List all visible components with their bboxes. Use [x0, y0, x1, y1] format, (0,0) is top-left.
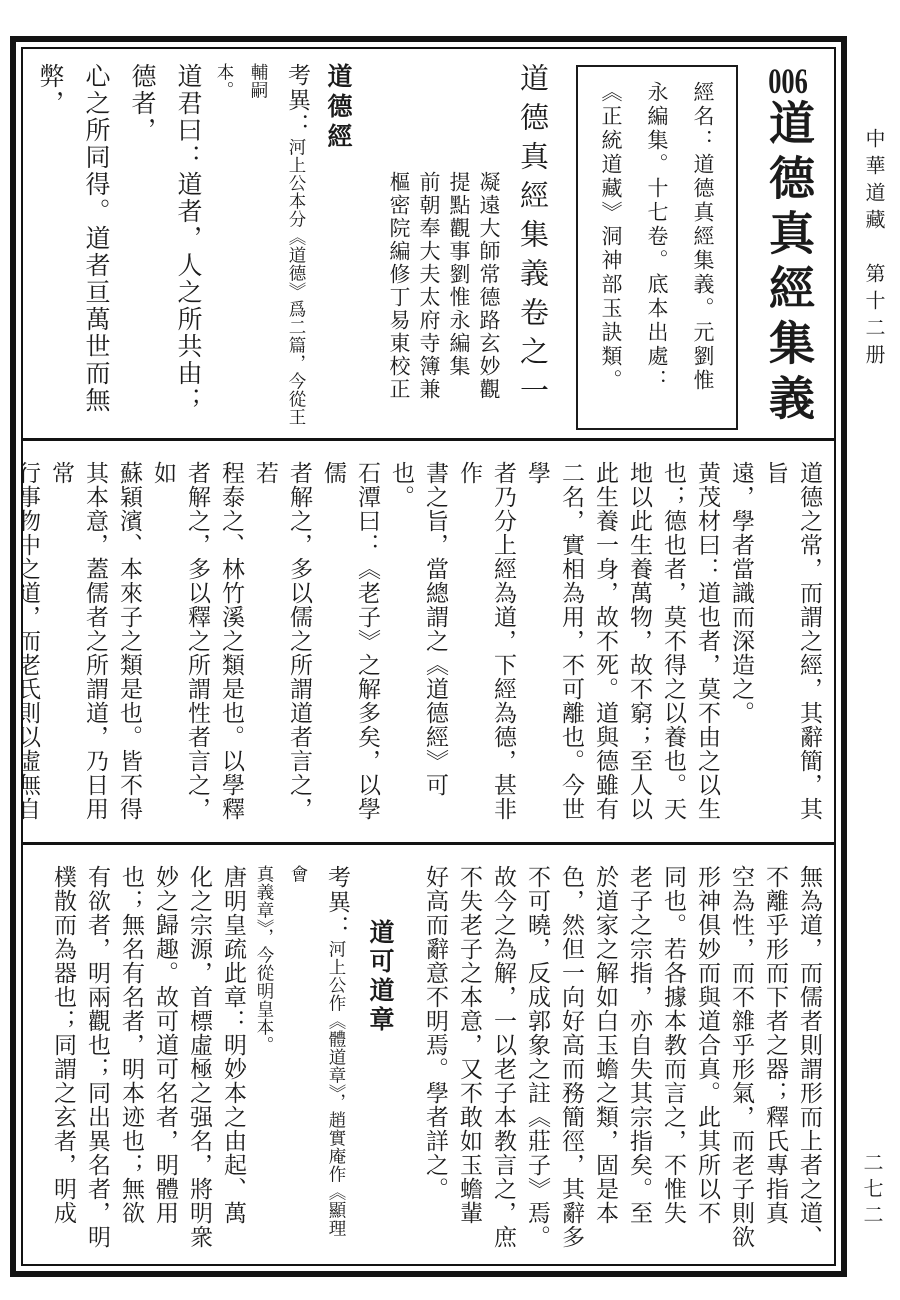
- text-column: 也；德也者，莫不得之以養也。天: [656, 461, 690, 828]
- attribution-block: 凝遠大師常德路玄妙觀提點觀事劉惟永編集前朝奉大夫太府寺簿兼樞密院編修丁易東校正: [384, 63, 504, 428]
- text-column: 無為道，而儒者則謂形而上者之道、: [792, 865, 826, 1250]
- page-border-frame: 006道德真經集義 經名：道德真經集義。元劉惟永編集。十七卷。底本出處：《正統道…: [10, 36, 847, 1277]
- text-column: 故今之為解，一以老子本教言之，庶: [486, 865, 520, 1250]
- text-column: 色，然但一向好高而務簡徑，其辭多: [554, 865, 588, 1250]
- kaoyi-label: 考異：: [325, 865, 350, 940]
- chapter-exegesis-block: 唐明皇疏此章：明妙本之由起、萬化之宗源，首標虛極之强名，將明衆妙之歸趣。故可道可…: [46, 865, 250, 1250]
- text-column: 空為性，而不雜乎形氣，而老子則欲: [724, 865, 758, 1250]
- text-column: 遠，學者當識而深造之。: [724, 461, 758, 828]
- attribution-line: 凝遠大師常德路玄妙觀: [474, 63, 504, 428]
- text-column: 德者充一性而常存。老子當周之: [23, 63, 26, 428]
- text-column: 也；無名有名者，明本迹也；無欲: [114, 865, 148, 1250]
- inner-border-frame: 006道德真經集義 經名：道德真經集義。元劉惟永編集。十七卷。底本出處：《正統道…: [21, 47, 836, 1266]
- text-column: 其本意，蓋儒者之所謂道，乃日用常: [44, 461, 112, 828]
- textual-variant-note-cont: 本。: [210, 63, 240, 428]
- spacer: [358, 63, 384, 428]
- text-column: 行事物中之道，而老氏則以虛無自: [23, 461, 44, 828]
- text-column: 書之旨，當總謂之《道德經》可也。: [384, 461, 452, 828]
- text-column: 黄茂材曰：道也者，莫不由之以生: [690, 461, 724, 828]
- text-column: 道君曰：道者，人之所共由；德者，: [118, 63, 210, 428]
- kaoyi-note-cont: 真義章》，今從明皇本。: [255, 865, 275, 1054]
- book-number: 006: [768, 63, 808, 99]
- text-column: 者乃分上經為道，下經為德，甚非作: [452, 461, 520, 828]
- chapter-title: 道德真經集義卷之一: [504, 63, 560, 428]
- text-column: 於道家之解如白玉蟾之類，固是本: [588, 865, 622, 1250]
- series-label: 中華道藏 第十二册: [859, 128, 888, 371]
- text-column: 二名，實相為用，不可離也。今世學: [520, 461, 588, 828]
- scanned-book-page: 中華道藏 第十二册 二七二 006道德真經集義 經名：道德真經集義。元劉惟永編集…: [0, 0, 900, 1300]
- text-column: 此生養一身，故不死。道與德雖有: [588, 461, 622, 828]
- text-column: 程泰之、林竹溪之類是也。以學釋: [214, 461, 248, 828]
- section-chapter: 無為道，而儒者則謂形而上者之道、不離乎形而下者之器；釋氏專指真空為性，而不雜乎形…: [23, 845, 834, 1264]
- spacer: [402, 865, 418, 1250]
- text-column: 化之宗源，首標虛極之强名，將明衆: [182, 865, 216, 1250]
- book-title: 道德真經集義: [763, 99, 814, 429]
- attribution-line: 樞密院編修丁易東校正: [384, 63, 414, 428]
- attribution-line: 前朝奉大夫太府寺簿兼: [414, 63, 444, 428]
- front-body-block: 道君曰：道者，人之所共由；德者，心之所同得。道者亘萬世而無弊，德者充一性而常存。…: [23, 63, 210, 428]
- text-column: 好高而辭意不明焉。學者詳之。: [418, 865, 452, 1250]
- edition-note-line: 經名：道德真經集義。元劉惟: [680, 81, 726, 414]
- text-column: 形神俱妙而與道合真。此其所以不: [690, 865, 724, 1250]
- text-column: 心之所同得。道者亘萬世而無弊，: [26, 63, 118, 428]
- spacer: [738, 63, 752, 428]
- edition-note-box: 經名：道德真經集義。元劉惟永編集。十七卷。底本出處：《正統道藏》洞神部玉訣類。: [576, 65, 738, 430]
- edition-note-line: 《正統道藏》洞神部玉訣類。: [588, 81, 634, 414]
- text-column: 老子之宗指，亦自失其宗指矣。至: [622, 865, 656, 1250]
- text-column: 妙之歸趣。故可道可名者，明體用: [148, 865, 182, 1250]
- textual-variant-note: 考異：河上公作《體道章》，趙實庵作《顯理會: [280, 865, 356, 1250]
- text-column: 不失老子之本意，又不敢如玉蟾輩: [452, 865, 486, 1250]
- text-column: 者解之，多以儒之所謂道者言之，若: [248, 461, 316, 828]
- text-column: 有欲者，明兩觀也；同出異名者，明: [80, 865, 114, 1250]
- page-margin: 中華道藏 第十二册 二七二: [855, 0, 900, 1300]
- kaoyi-note-cont: 本。: [215, 63, 235, 99]
- chapter-heading: 道可道章: [356, 865, 402, 1250]
- edition-note-line: 永編集。十七卷。底本出處：: [634, 81, 680, 414]
- kaoyi-label: 考異：: [285, 63, 310, 138]
- text-column: 不可曉，反成郭象之註《莊子》焉。: [520, 865, 554, 1250]
- text-column: 石潭曰：《老子》之解多矣，以學儒: [316, 461, 384, 828]
- page-number: 二七二: [857, 1152, 886, 1230]
- spacer: [560, 63, 576, 428]
- text-column: 地以此生養萬物，故不窮；至人以: [622, 461, 656, 828]
- textual-variant-note-cont: 真義章》，今從明皇本。: [250, 865, 280, 1250]
- text-column: 不離乎形而下者之器；釋氏專指真: [758, 865, 792, 1250]
- text-column: 道德之常，而謂之經，其辭簡，其旨: [758, 461, 826, 828]
- text-column: 同也。若各據本教而言之，不惟失: [656, 865, 690, 1250]
- textual-variant-note: 考異：河上公本分《道德》爲二篇，今從王輔嗣: [240, 63, 316, 428]
- scripture-heading: 道德經: [316, 63, 358, 428]
- section-commentary: 道德之常，而謂之經，其辭簡，其旨遠，學者當識而深造之。黄茂材曰：道也者，莫不由之…: [23, 441, 834, 845]
- attribution-line: 提點觀事劉惟永編集: [444, 63, 474, 428]
- text-column: 唐明皇疏此章：明妙本之由起、萬: [216, 865, 250, 1250]
- book-title-column: 006道德真經集義: [752, 63, 824, 428]
- text-column: 者解之，多以釋之所謂性者言之，如: [146, 461, 214, 828]
- section-front-matter: 006道德真經集義 經名：道德真經集義。元劉惟永編集。十七卷。底本出處：《正統道…: [23, 49, 834, 441]
- text-column: 樸散而為器也；同謂之玄者，明成: [46, 865, 80, 1250]
- text-column: 蘇穎濱、本來子之類是也。皆不得: [112, 461, 146, 828]
- chapter-intro-block: 無為道，而儒者則謂形而上者之道、不離乎形而下者之器；釋氏專指真空為性，而不雜乎形…: [418, 865, 826, 1250]
